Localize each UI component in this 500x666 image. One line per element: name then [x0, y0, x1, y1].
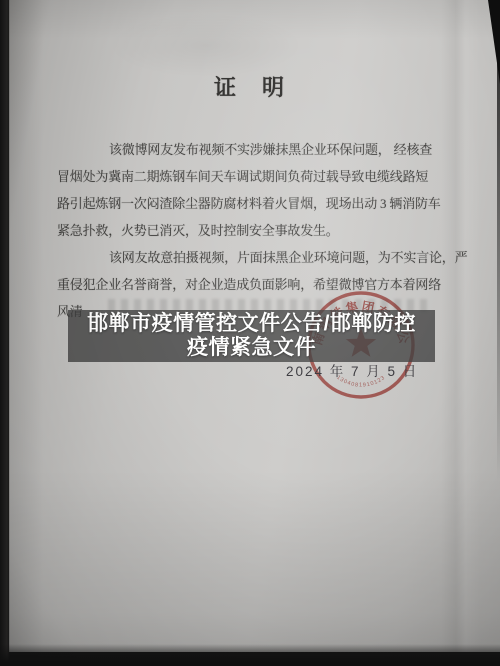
document-date: 2024 年 7 月 5 日	[286, 360, 418, 380]
body-line: 该网友故意拍摄视频，片面抹黑企业环境问题，为不实言论，严	[57, 244, 433, 271]
body-line: 紧急扑救，火势已消灭，及时控制安全事故发生。	[57, 217, 433, 244]
overlay-banner: 邯郸市疫情管控文件公告/邯郸防控 疫情紧急文件	[68, 310, 435, 362]
banner-caption-line1: 邯郸市疫情管控文件公告/邯郸防控	[87, 312, 416, 336]
document-photo: 证 明 该微博网友发布视频不实涉嫌抹黑企业环保问题， 经核查 冒烟处为冀南二期炼…	[0, 0, 500, 666]
photo-edge-left	[0, 0, 10, 666]
body-line: 冒烟处为冀南二期炼钢车间天车调试期间负荷过载导致电缆线路短	[57, 163, 433, 190]
photo-edge-bottom	[0, 644, 500, 666]
body-line: 路引起炼钢一次闷渣除尘器防腐材料着火冒烟，现场出动 3 辆消防车	[57, 190, 433, 217]
body-line: 该微博网友发布视频不实涉嫌抹黑企业环保问题， 经核查	[57, 136, 433, 163]
banner-caption-line2: 疫情紧急文件	[187, 336, 316, 360]
document-title: 证 明	[0, 71, 500, 102]
